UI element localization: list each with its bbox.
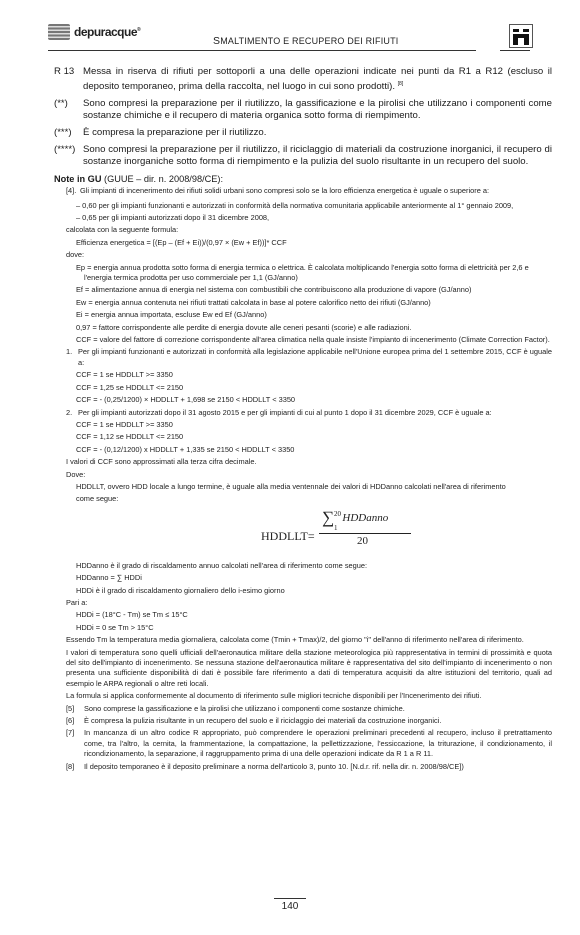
footer-divider <box>274 898 306 899</box>
ccf-case-2: 2. Per gli impianti autorizzati dopo il … <box>54 408 552 418</box>
footnote-ref[interactable]: [8] <box>398 81 404 87</box>
definition-ccf: CCF = valore del fattore di correzione c… <box>54 335 552 345</box>
footnote-5: [5] Sono comprese la gassificazione e la… <box>54 704 552 714</box>
footnote-4: [4]. Gli impianti di incenerimento dei r… <box>54 186 552 198</box>
sum-lower-limit: 1 <box>334 523 338 533</box>
as-follows: come segue: <box>54 494 552 504</box>
definition-097: 0,97 = fattore corrispondente alle perdi… <box>54 323 552 333</box>
notes-heading: Note in GU (GUUE – dir. n. 2008/98/CE): <box>54 174 552 184</box>
entry-note-2star: (**) Sono compresi la preparazione per i… <box>54 98 552 122</box>
ccf-case-1: 1. Per gli impianti funzionanti e autori… <box>54 347 552 368</box>
definition-ep: Ep = energia annua prodotta sotto forma … <box>54 263 552 284</box>
footnote-label: [7] <box>54 728 80 759</box>
where-label: dove: <box>54 250 552 260</box>
ccf-rule: CCF = 1 se HDDLLT >= 3350 <box>54 420 552 430</box>
equal-to-label: Pari a: <box>54 598 552 608</box>
case-number: 2. <box>66 408 78 418</box>
bullet-item: – 0,60 per gli impianti funzionanti e au… <box>54 201 552 211</box>
equation-numerator: ∑ HDDanno <box>322 513 388 523</box>
page-number: 140 <box>0 901 580 912</box>
equation-lhs: HDDLLT= <box>261 531 315 541</box>
entry-text: Sono compresi la preparazione per il riu… <box>83 98 552 122</box>
footnote-text: Sono comprese la gassificazione e la pir… <box>80 704 552 714</box>
ccf-rule: CCF = - (0,25/1200) × HDDLLT + 1,698 se … <box>54 395 552 405</box>
entry-label: (***) <box>54 127 83 139</box>
header-divider <box>48 50 476 51</box>
publisher-logo: depuracque® <box>48 24 140 40</box>
notes-section: [4]. Gli impianti di incenerimento dei r… <box>54 186 552 772</box>
entry-note-4star: (****) Sono compresi la preparazione per… <box>54 144 552 168</box>
hddi-rule: HDDi = 0 se Tm > 15°C <box>54 623 552 633</box>
entry-label: (****) <box>54 144 83 168</box>
page-header: depuracque® SMALTIMENTO E RECUPERO DEI R… <box>48 22 476 48</box>
entry-label: (**) <box>54 98 83 122</box>
fraction-bar <box>319 533 411 534</box>
logo-text: depuracque® <box>74 25 140 39</box>
ccf-rule: CCF = - (0,12/1200) x HDDLLT + 1,335 se … <box>54 445 552 455</box>
footnote-body: Gli impianti di incenerimento dei rifiut… <box>80 186 552 198</box>
equation-denominator: 20 <box>357 536 368 546</box>
hddllt-definition: HDDLLT, ovvero HDD locale a lungo termin… <box>54 482 552 492</box>
ccf-rule: CCF = 1,12 se HDDLLT <= 2150 <box>54 432 552 442</box>
footnote-8: [8] Il deposito temporaneo è il deposito… <box>54 762 552 772</box>
case-text: Per gli impianti autorizzati dopo il 31 … <box>78 408 552 418</box>
hddi-rule: HDDi = (18°C - Tm) se Tm ≤ 15°C <box>54 610 552 620</box>
page-body: R 13 Messa in riserva di rifiuti per sot… <box>54 66 552 774</box>
entry-r13: R 13 Messa in riserva di rifiuti per sot… <box>54 66 552 93</box>
efficiency-formula: Efficienza energetica = [(Ep – (Ef + Ei)… <box>54 238 552 248</box>
definition-ew: Ew = energia annua contenuta nei rifiuti… <box>54 298 552 308</box>
footnote-label: [5] <box>54 704 80 714</box>
corner-divider <box>500 50 530 51</box>
footnote-text: In mancanza di un altro codice R appropr… <box>80 728 552 759</box>
running-title: SMALTIMENTO E RECUPERO DEI RIFIUTI <box>213 35 399 47</box>
entry-note-3star: (***) È compresa la preparazione per il … <box>54 127 552 139</box>
bullet-item: – 0,65 per gli impianti autorizzati dopo… <box>54 213 552 223</box>
ccf-rule: CCF = 1,25 se HDDLLT <= 2150 <box>54 383 552 393</box>
footnote-text: È compresa la pulizia risultante in un r… <box>80 716 552 726</box>
footnote-6: [6] È compresa la pulizia risultante in … <box>54 716 552 726</box>
case-text: Per gli impianti funzionanti e autorizza… <box>78 347 552 368</box>
hddanno-definition: HDDanno è il grado di riscaldamento annu… <box>54 561 552 571</box>
formula-applies-paragraph: La formula si applica conformemente al d… <box>54 691 552 701</box>
sum-upper-limit: 20 <box>334 509 341 519</box>
hddllt-equation: HDDLLT= ∑ HDDanno 20 1 20 <box>54 509 552 557</box>
entry-text: Sono compresi la preparazione per il riu… <box>83 144 552 168</box>
ccf-rule: CCF = 1 se HDDLLT >= 3350 <box>54 370 552 380</box>
waves-logo-icon <box>48 24 70 40</box>
approx-note: I valori di CCF sono approssimati alla t… <box>54 457 552 467</box>
entry-label: R 13 <box>54 66 83 93</box>
hddi-definition: HDDi è il grado di riscaldamento giornal… <box>54 586 552 596</box>
temperature-values-paragraph: I valori di temperatura sono quelli uffi… <box>54 648 552 690</box>
building-logo-icon <box>509 24 533 48</box>
entry-text: È compresa la preparazione per il riutil… <box>83 127 552 139</box>
definition-ef: Ef = alimentazione annua di energia nel … <box>54 285 552 295</box>
entry-text: Messa in riserva di rifiuti per sottopor… <box>83 66 552 93</box>
footnote-label: [6] <box>54 716 80 726</box>
note-intro: Gli impianti di incenerimento dei rifiut… <box>80 186 552 196</box>
footnote-7: [7] In mancanza di un altro codice R app… <box>54 728 552 759</box>
footnote-label: [8] <box>54 762 80 772</box>
case-number: 1. <box>66 347 78 368</box>
footnote-label: [4]. <box>54 186 80 198</box>
footnote-text: Il deposito temporaneo è il deposito pre… <box>80 762 552 772</box>
tm-definition: Essendo Tm la temperatura media giornali… <box>54 635 552 645</box>
definition-ei: Ei = energia annua importata, escluse Ew… <box>54 310 552 320</box>
hddanno-equation: HDDanno = ∑ HDDi <box>54 573 552 583</box>
formula-intro: calcolata con la seguente formula: <box>54 225 552 235</box>
where-label: Dove: <box>54 470 552 480</box>
